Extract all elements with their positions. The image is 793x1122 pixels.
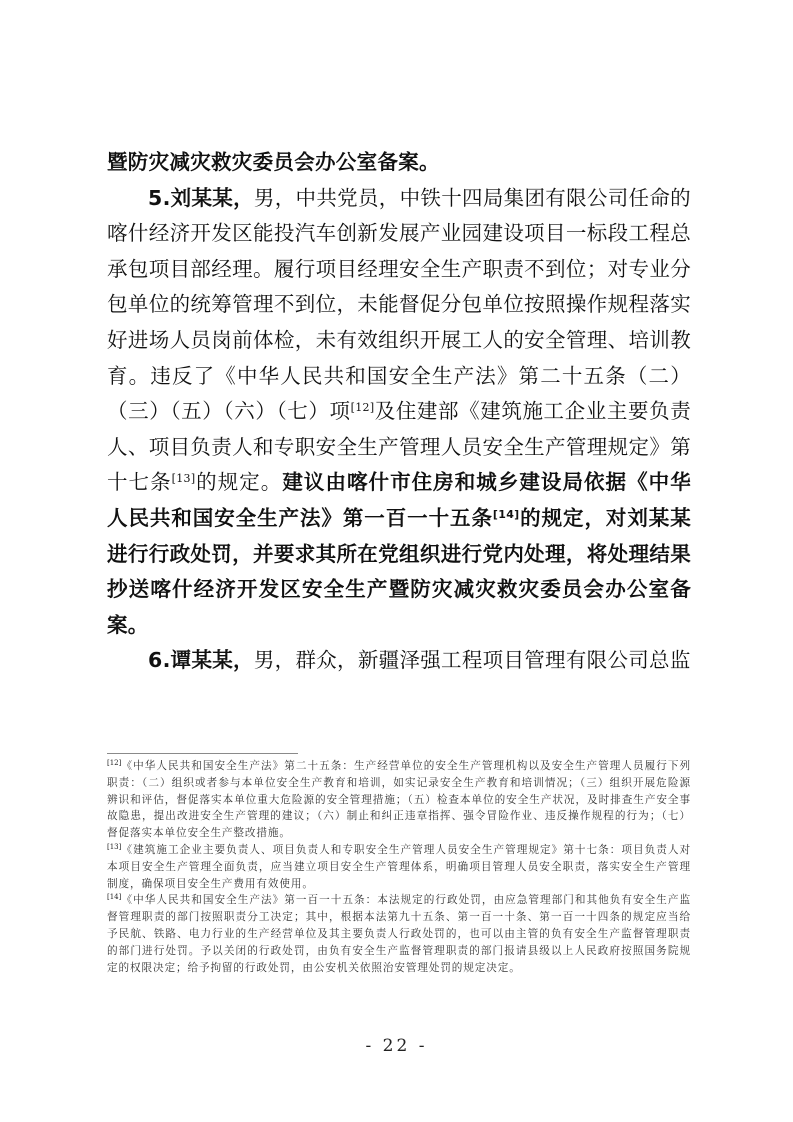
person-heading: 6.谭某某， — [148, 648, 254, 672]
footnote-text: 《中华人民共和国安全生产法》第一百一十五条：本法规定的行政处罚，由应急管理部门和… — [107, 894, 691, 973]
footnote-ref-14[interactable]: [14] — [493, 508, 520, 521]
paragraph-text: 的规定。 — [195, 470, 282, 494]
footnote-mark: [12] — [107, 759, 121, 767]
paragraph-liu: 5.刘某某，男，中共党员，中铁十四局集团有限公司任命的喀什经济开发区能投汽车创新… — [107, 181, 691, 644]
paragraph-continuation: 暨防灾减灾救灾委员会办公室备案。 — [107, 145, 691, 181]
footnote-text: 《中华人民共和国安全生产法》第二十五条：生产经营单位的安全生产管理机构以及安全生… — [107, 760, 691, 839]
person-heading: 5.刘某某， — [148, 186, 254, 210]
page-number: - 22 - — [0, 1036, 793, 1056]
paragraph-tan: 6.谭某某，男，群众，新疆泽强工程项目管理有限公司总监 — [107, 643, 691, 679]
paragraph-text: 男，群众，新疆泽强工程项目管理有限公司总监 — [254, 648, 691, 672]
body-text: 暨防灾减灾救灾委员会办公室备案。 5.刘某某，男，中共党员，中铁十四局集团有限公… — [107, 145, 691, 679]
footnotes: [12]《中华人民共和国安全生产法》第二十五条：生产经营单位的安全生产管理机构以… — [107, 758, 691, 976]
footnote-mark: [13] — [107, 843, 121, 851]
footnote-ref-12[interactable]: [12] — [351, 401, 375, 414]
paragraph-text: 男，中共党员，中铁十四局集团有限公司任命的喀什经济开发区能投汽车创新发展产业园建… — [107, 186, 691, 424]
footnote-14: [14]《中华人民共和国安全生产法》第一百一十五条：本法规定的行政处罚，由应急管… — [107, 892, 691, 976]
footnote-13: [13]《建筑施工企业主要负责人、项目负责人和专职安全生产管理人员安全生产管理规… — [107, 842, 691, 892]
bold-text: 暨防灾减灾救灾委员会办公室备案。 — [107, 150, 440, 174]
footnote-12: [12]《中华人民共和国安全生产法》第二十五条：生产经营单位的安全生产管理机构以… — [107, 758, 691, 842]
footnote-separator — [107, 753, 298, 754]
footnote-ref-13[interactable]: [13] — [172, 472, 196, 485]
footnote-text: 《建筑施工企业主要负责人、项目负责人和专职安全生产管理人员安全生产管理规定》第十… — [107, 844, 691, 890]
footnote-mark: [14] — [107, 893, 121, 901]
document-page: 暨防灾减灾救灾委员会办公室备案。 5.刘某某，男，中共党员，中铁十四局集团有限公… — [0, 0, 793, 1122]
